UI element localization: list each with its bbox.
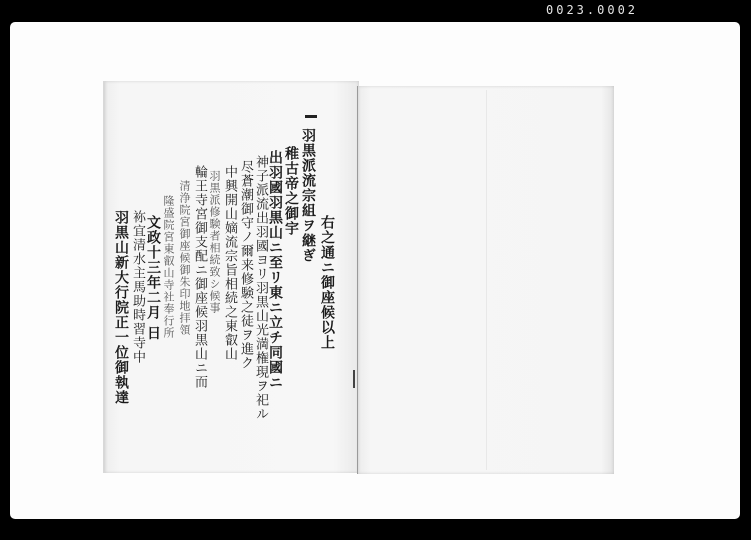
section-marker: [305, 115, 317, 118]
inscription-column: 右之通ニ御座候以上: [320, 215, 334, 350]
text-column: 隆盛院宮東叡山寺社奉行所: [161, 195, 175, 339]
text-column: 出羽國羽黒山ニ至リ東ニ立チ同國ニ: [268, 150, 282, 390]
page-fold-line: [486, 90, 487, 470]
text-column: 尽蒼潮御守ノ爾来修験之徒ヲ進ク: [238, 160, 252, 370]
text-column: 羽黒派流宗組ヲ継ぎ: [301, 128, 315, 263]
text-column: 羽黒山新大行院正一位御執達: [114, 210, 128, 405]
text-column: 中興開山嫡流宗旨相続之東叡山: [222, 165, 236, 361]
text-column: 文政十三年二月 日: [146, 215, 160, 341]
text-column: 稚古帝之御宇: [284, 146, 298, 236]
margin-mark: [353, 370, 355, 388]
text-column: 袮宜清水主馬助時習寺中: [130, 210, 144, 364]
text-column: 神子派流出羽國ヨリ羽黒山光満権現ヲ祀ル: [253, 155, 267, 421]
text-column: 輪王寺宮御支配ニ御座候羽黒山ニ而: [192, 165, 206, 389]
microfilm-frame-number: 0023.0002: [546, 3, 638, 17]
text-column: 清浄院宮御座候御朱印地拝領: [177, 180, 191, 336]
right-page: [357, 86, 614, 474]
text-column: 羽黒派修験者相続致シ候事: [207, 170, 221, 314]
